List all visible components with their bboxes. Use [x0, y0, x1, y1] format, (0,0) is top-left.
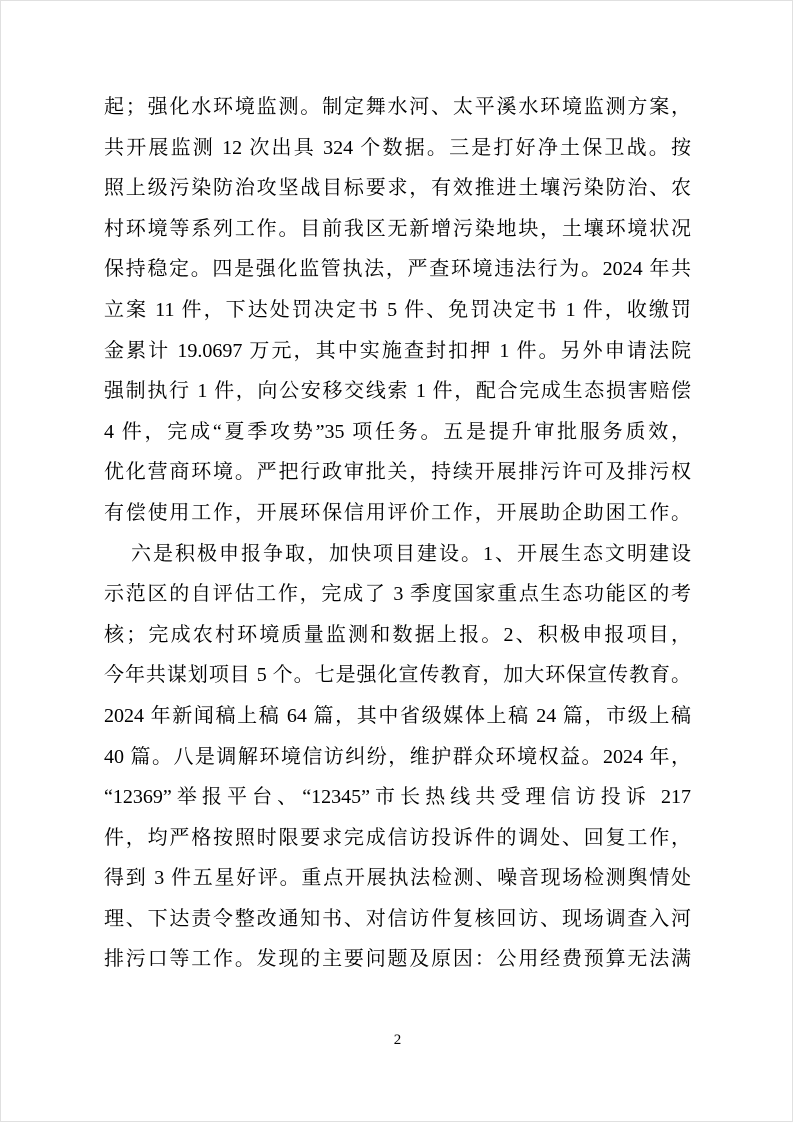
- text-line: 得到 3 件五星好评。重点开展执法检测、噪音现场检测舆情处: [104, 858, 691, 899]
- document-body: 起；强化水环境监测。制定舞水河、太平溪水环境监测方案， 共开展监测 12 次出具…: [104, 87, 691, 980]
- text-line: 村环境等系列工作。目前我区无新增污染地块，土壤环境状况: [104, 209, 691, 250]
- page-number: 2: [394, 1032, 402, 1048]
- text-line: 示范区的自评估工作，完成了 3 季度国家重点生态功能区的考: [104, 574, 691, 615]
- text-line: “12369”举报平台、“12345”市长热线共受理信访投诉 217: [104, 777, 691, 818]
- text-line: 今年共谋划项目 5 个。七是强化宣传教育，加大环保宣传教育。: [104, 655, 691, 696]
- text-line: 金累计 19.0697 万元，其中实施查封扣押 1 件。另外申请法院: [104, 331, 691, 372]
- text-line: 有偿使用工作，开展环保信用评价工作，开展助企助困工作。: [104, 493, 691, 534]
- text-line: 照上级污染防治攻坚战目标要求，有效推进土壤污染防治、农: [104, 168, 691, 209]
- text-line: 2024 年新闻稿上稿 64 篇，其中省级媒体上稿 24 篇，市级上稿: [104, 696, 691, 737]
- text-line: 40 篇。八是调解环境信访纠纷，维护群众环境权益。2024 年，: [104, 737, 691, 778]
- text-line: 保持稳定。四是强化监管执法，严查环境违法行为。2024 年共: [104, 249, 691, 290]
- text-line: 优化营商环境。严把行政审批关，持续开展排污许可及排污权: [104, 452, 691, 493]
- text-line: 4 件，完成“夏季攻势”35 项任务。五是提升审批服务质效，: [104, 412, 691, 453]
- text-line: 强制执行 1 件，向公安移交线索 1 件，配合完成生态损害赔偿: [104, 371, 691, 412]
- page-footer: 2: [1, 1031, 793, 1049]
- text-line-paragraph-start: 六是积极申报争取，加快项目建设。1、开展生态文明建设: [104, 534, 691, 575]
- text-line: 件，均严格按照时限要求完成信访投诉件的调处、回复工作，: [104, 818, 691, 859]
- text-line: 理、下达责令整改通知书、对信访件复核回访、现场调查入河: [104, 899, 691, 940]
- document-page: 起；强化水环境监测。制定舞水河、太平溪水环境监测方案， 共开展监测 12 次出具…: [0, 0, 793, 1122]
- text-line: 起；强化水环境监测。制定舞水河、太平溪水环境监测方案，: [104, 87, 691, 128]
- text-line: 共开展监测 12 次出具 324 个数据。三是打好净土保卫战。按: [104, 128, 691, 169]
- text-line: 立案 11 件，下达处罚决定书 5 件、免罚决定书 1 件，收缴罚: [104, 290, 691, 331]
- text-line: 核；完成农村环境质量监测和数据上报。2、积极申报项目，: [104, 615, 691, 656]
- text-line: 排污口等工作。发现的主要问题及原因：公用经费预算无法满: [104, 939, 691, 980]
